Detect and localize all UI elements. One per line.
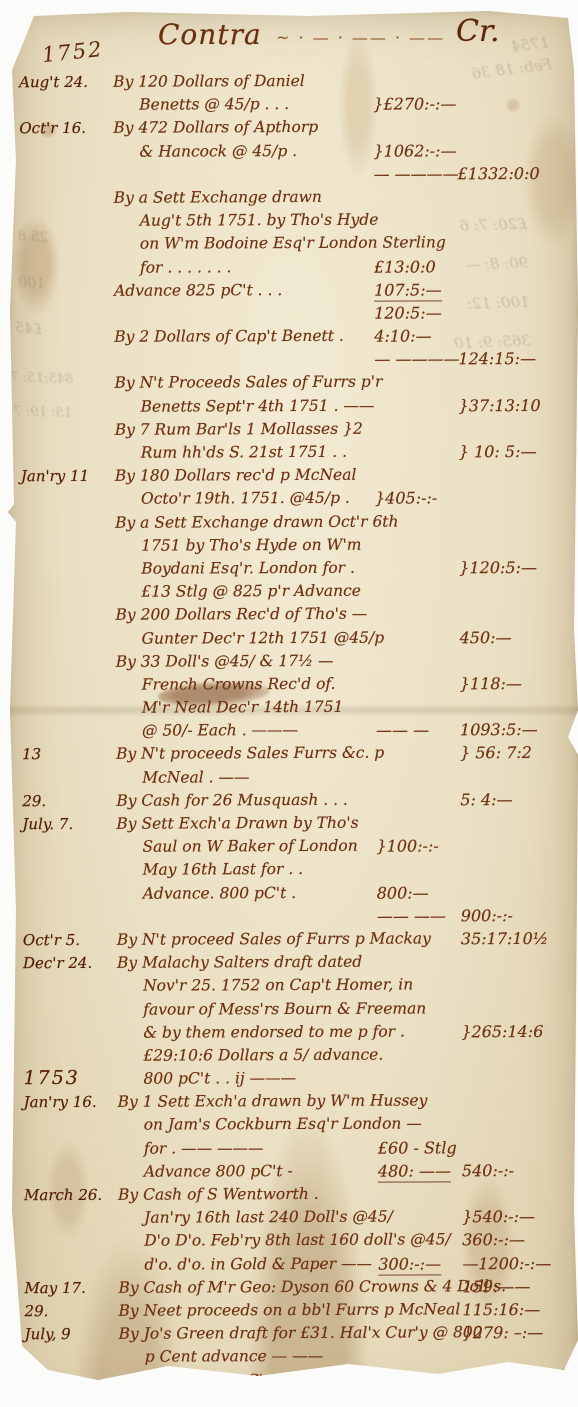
entry-text: Nov'r 25. 1752 on Cap't Homer, in [143,976,413,995]
entry-text: By 200 Dollars Rec'd of Tho's — [115,605,367,624]
entry-text: McNeal . —— [142,768,249,786]
entry-text: By 472 Dollars of Apthorp [113,118,318,137]
ledger-entry-row: 13 By N't proceeds Sales Furrs &c. p } 5… [8,743,578,769]
entry-date: July. 7. [22,815,118,833]
ledger-entry-row: Aug't 5th 1751. by Tho's Hyde [6,210,576,236]
ledger-entry-row: Advance 800 pC't - 480: —— 540:-:- [10,1161,578,1187]
ledger-entry-row: on W'm Bodoine Esq'r London Sterling [6,233,576,259]
entry-text: By Sett Exch'a Drawn by Tho's [116,814,358,833]
entry-text: on W'm Bodoine Esq'r London Sterling [140,234,446,253]
entry-amount-outer: }265:14:6 [461,1022,543,1041]
page-header: 1752 Contra ~ · — · —— · —— Cr. [8,10,578,72]
ledger-entry-row: Gunter Dec'r 12th 1751 @45/p 450:— [8,627,578,653]
entry-text: for . . . . . . . [140,258,232,276]
ledger-entry-row: 120:5:— [6,303,576,329]
entry-text: By N't Proceeds Sales of Furrs p'r [114,373,382,392]
entry-date: Dec'r 24. [23,954,119,972]
entry-amount-outer: 35:17:10½ [461,929,548,948]
ledger-entry-row: on Jam's Cockburn Esq'r London — [10,1114,578,1140]
ledger-entry-row: Saul on W Baker of London }100:-:- [8,836,578,862]
ledger-entry-row: May 17. By Cash of M'r Geo: Dyson 60 Cro… [10,1277,578,1303]
ledger-entry-row: 1753 800 pC't . . ij ——— [9,1068,578,1094]
ledger-entry-row: March 26. By Cash of S Wentworth . [10,1184,578,1210]
ledger-entry-row: By 200 Dollars Rec'd of Tho's — [7,604,577,630]
entry-text: Rum hh'ds S. 21st 1751 . . [141,443,347,462]
ledger-entry-row: Oct'r 16. By 472 Dollars of Apthorp [5,117,575,143]
entry-amount-outer: }37:13:10 [459,396,541,415]
entry-text: By a Sett Exchange drawn [114,188,322,207]
entry-date: Oct'r 5. [23,931,119,949]
entry-text: @ 50/- Each . ——— [142,721,298,740]
entry-amount-outer: 1093:5:— [460,720,538,739]
entry-amount-outer: 900:-:- [461,906,513,925]
entry-text: & by them endorsed to me p for . [143,1022,405,1041]
entry-amount-outer: —1200:-:— [462,1253,551,1272]
entry-text: on Jam's Cockburn Esq'r London — [144,1115,422,1134]
entry-date: 29. [24,1302,120,1320]
entry-text: By 2 Dollars of Cap't Benett . [114,327,344,346]
ledger-entry-row: Jan'ry 16th last 240 Doll's @45/ }540:-:… [10,1207,578,1233]
ledger-entry-row: Oct'r 5. By N't proceed Sales of Furrs p… [9,929,578,955]
ledger-entry-row: Jan'ry 16. By 1 Sett Exch'a drawn by W'm… [10,1091,578,1117]
entry-amount-inner: —— — [376,721,429,740]
ledger-entry-row: Aug't 24. By 120 Dollars of Daniel [5,71,575,97]
entry-amount-inner: }100:-:- [376,837,438,856]
entry-amount-inner: — ———— [374,164,459,183]
entry-text: By N't proceed Sales of Furrs p Mackay [117,929,431,948]
ledger-entry-row: Jan'ry 11 By 180 Dollars rec'd p McNeal [7,465,577,491]
ledger-entry-row: — ———— 124:15:— [6,349,576,375]
entry-text: Benetts Sept'r 4th 1751 . —— [141,396,375,415]
entry-amount-inner: 4:10:— [374,326,431,345]
ledger-entry-row: Dec'r 24. By Malachy Salters draft dated [9,952,578,978]
entry-amount-outer: £6154:18:4½ [463,1369,578,1396]
ledger-entry-row: 29. By Neet proceeds on a bb'l Furrs p M… [10,1300,578,1326]
ledger-entry-row: By 2 Dollars of Cap't Benett . 4:10:— [6,326,576,352]
credit-abbreviation: Cr. [456,14,500,49]
entry-text: By Cash of M'r Geo: Dyson 60 Crowns & 4 … [118,1277,506,1297]
entry-amount-outer: }118:— [460,674,522,693]
entry-text: By 33 Doll's @45/ & 17½ — [116,652,334,671]
entry-text: By Jo's Green draft for £31. Hal'x Cur'y… [119,1323,483,1343]
year-label: 1752 [41,37,105,67]
entry-date: 29. [22,792,118,810]
ledger-entry-row: Nov'r 25. 1752 on Cap't Homer, in [9,975,578,1001]
entry-amount-inner: }1062:-:— [373,141,456,160]
entry-amount-inner: — ———— [374,350,459,369]
entry-amount-inner: 480: —— [378,1161,451,1182]
ledger-entry-row: C'r Car'd Over ——— £6154:18:4½ [11,1369,578,1395]
ledger-entry-row: d'o. d'o. in Gold & Paper —— 300:-:— —12… [10,1253,578,1279]
entry-text: £29:10:6 Dollars a 5/ advance. [143,1045,383,1064]
entry-date: Jan'ry 11 [21,467,117,485]
entry-text: By Cash of S Wentworth . [118,1185,319,1204]
entry-text: Benetts @ 45/p . . . [139,95,289,114]
entry-text: D'o D'o. Feb'ry 8th last 160 doll's @45/ [144,1231,451,1250]
ledger-entry-row: D'o D'o. Feb'ry 8th last 160 doll's @45/… [10,1230,578,1256]
entry-date: May 17. [24,1279,120,1297]
entry-text: By Malachy Salters draft dated [117,953,362,972]
entry-text: Jan'ry 16th last 240 Doll's @45/ [144,1208,393,1227]
entry-amount-outer: £1332:0:0 [458,164,540,183]
ledger-entry-row: Advance. 800 pC't . 800:— [9,882,578,908]
entry-amount-outer: 159:—— [462,1277,530,1296]
entry-text: C'r Car'd Over ——— [247,1370,413,1389]
entry-amount-inner: £60 - Stlg [378,1138,457,1157]
ledger-entry-row: Octo'r 19th. 1751. @45/p . }405:-:- [7,488,577,514]
ledger-entry-row: Benetts Sept'r 4th 1751 . —— }37:13:10 [7,395,577,421]
ledger-entry-row: favour of Mess'rs Bourn & Freeman [9,998,578,1024]
entry-date: 13 [22,745,118,763]
entry-amount-outer: }279: –:— [463,1323,544,1342]
title-flourish: ~ · — · —— · —— [276,28,445,47]
page-title: Contra [158,18,262,51]
entry-date: 1753 [23,1067,119,1089]
entry-date: Oct'r 16. [19,119,115,137]
ledger-entry-row: Boydani Esq'r. London for . }120:5:— [7,558,577,584]
entry-amount-inner: 300:-:— [378,1254,441,1275]
entry-amount-outer: } 10: 5:— [459,442,537,461]
ledger-entry-row: McNeal . —— [8,766,578,792]
ledger-entry-row: M'r Neal Dec'r 14th 1751 [8,697,578,723]
ledger-entry-row: July. 7. By Sett Exch'a Drawn by Tho's [8,813,578,839]
entry-date: Aug't 24. [19,73,115,91]
ledger-entry-row: May 16th Last for . . [9,859,578,885]
ledger-entry-row: French Crowns Rec'd of. }118:— [8,674,578,700]
manuscript-page: 1752 Contra ~ · — · —— · —— Cr. Aug't 24… [8,10,578,1407]
entry-amount-outer: } 56: 7:2 [460,743,532,762]
entry-text: May 16th Last for . . [143,860,304,879]
entry-amount-outer: 5: 4:— [460,790,512,809]
entry-text: By Neet proceeds on a bb'l Furrs p McNea… [118,1300,460,1319]
entry-text: By 1 Sett Exch'a drawn by W'm Hussey [118,1092,428,1111]
entry-amount-outer: 124:15:— [458,349,536,368]
entry-text: By 180 Dollars rec'd p McNeal [115,466,357,485]
ledger-entry-row: Rum hh'ds S. 21st 1751 . . } 10: 5:— [7,442,577,468]
ledger-entry-row: By a Sett Exchange drawn [6,187,576,213]
entry-text: By Cash for 26 Musquash . . . [116,791,348,810]
entry-text: Aug't 5th 1751. by Tho's Hyde [140,211,379,230]
entry-text: By 120 Dollars of Daniel [113,72,305,91]
ledger-entry-row: for . —— ——— £60 - Stlg [10,1137,578,1163]
ledger-entry-row: —— —— 900:-:- [9,906,578,932]
entry-text: By 7 Rum Bar'ls 1 Mollasses }2 [115,420,363,439]
entry-amount-outer: 540:-:- [462,1161,514,1180]
ledger-entry-row: — ———— £1332:0:0 [6,164,576,190]
entry-amount-inner: —— —— [377,906,446,925]
entry-text: d'o. d'o. in Gold & Paper —— [144,1254,372,1273]
ledger-rows: Aug't 24. By 120 Dollars of Daniel Benet… [5,71,578,1395]
entry-date: March 26. [24,1186,120,1204]
entry-amount-inner: }£270:-:— [373,94,456,113]
ledger-entry-row: £13 Stlg @ 825 p'r Advance [7,581,577,607]
ledger-entry-row: & by them endorsed to me p for . }265:14… [9,1021,578,1047]
entry-text: & Hancock @ 45/p . [139,142,297,161]
entry-amount-inner: 120:5:— [374,303,442,322]
entry-text: Boydani Esq'r. London for . [141,559,355,578]
ledger-entry-row: By 33 Doll's @45/ & 17½ — [8,650,578,676]
entry-text: p Cent advance — —— [145,1347,323,1366]
entry-amount-outer: }540:-:— [462,1207,535,1226]
entry-date: Jan'ry 16. [24,1093,120,1111]
entry-text: Octo'r 19th. 1751. @45/p . [141,489,350,508]
ledger-entry-row: 29. By Cash for 26 Musquash . . . 5: 4:— [8,790,578,816]
ledger-entry-row: 1751 by Tho's Hyde on W'm [7,535,577,561]
entry-amount-inner: £13:0:0 [374,257,436,276]
entry-text: By a Sett Exchange drawn Oct'r 6th [115,512,398,531]
ledger-entry-row: Benetts @ 45/p . . . }£270:-:— [5,94,575,120]
entry-text: £13 Stlg @ 825 p'r Advance [141,582,361,601]
entry-text: Gunter Dec'r 12th 1751 @45/p [142,628,385,647]
entry-text: 800 pC't . . ij ——— [143,1069,296,1088]
entry-amount-inner: 107:5:— [374,280,442,301]
entry-amount-inner: }405:-:- [375,489,437,508]
ledger-entry-row: @ 50/- Each . ——— —— — 1093:5:— [8,720,578,746]
entry-amount-inner: 800:— [377,883,429,902]
entry-text: Saul on W Baker of London [142,837,357,856]
ledger-entry-row: p Cent advance — —— [11,1346,578,1372]
ledger-entry-row: By N't Proceeds Sales of Furrs p'r [6,372,576,398]
entry-amount-outer: 115:16:— [462,1300,540,1319]
entry-date: July, 9 [25,1325,121,1343]
ledger-entry-row: By 7 Rum Bar'ls 1 Mollasses }2 [7,419,577,445]
entry-text: By N't proceeds Sales Furrs &c. p [116,744,384,763]
ledger-entry-row: July, 9 By Jo's Green draft for £31. Hal… [11,1323,578,1349]
entry-amount-outer: }120:5:— [459,558,537,577]
ledger-entry-row: for . . . . . . . £13:0:0 [6,256,576,282]
entry-text: Advance 800 pC't - [144,1162,293,1181]
ledger-entry-row: By a Sett Exchange drawn Oct'r 6th [7,511,577,537]
entry-text: Advance. 800 pC't . [143,884,297,903]
entry-amount-outer: 450:— [460,628,512,647]
entry-text: 1751 by Tho's Hyde on W'm [141,535,361,554]
entry-text: for . —— ——— [144,1139,264,1158]
ledger-entry-row: Advance 825 pC't . . . 107:5:— [6,279,576,305]
entry-text: Advance 825 pC't . . . [114,281,282,300]
entry-text: favour of Mess'rs Bourn & Freeman [143,999,426,1018]
entry-amount-outer: 360:-:— [462,1230,525,1249]
ledger-entry-row: & Hancock @ 45/p . }1062:-:— [5,140,575,166]
